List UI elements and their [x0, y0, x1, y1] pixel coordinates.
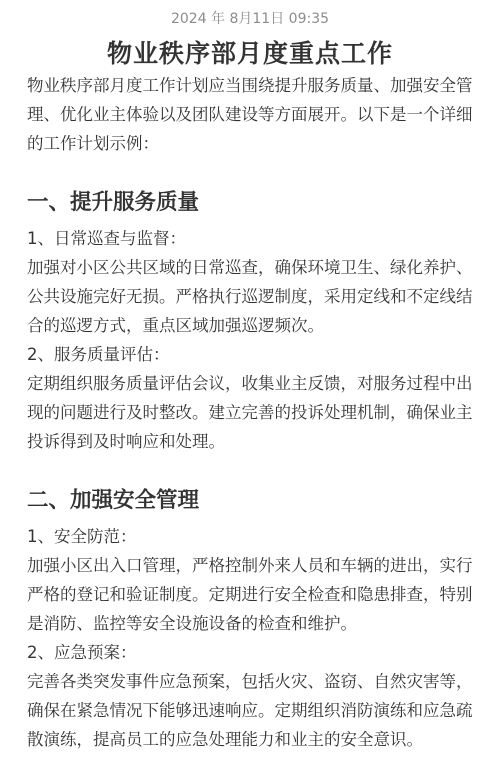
section-item: 1、安全防范： 加强小区出入口管理，严格控制外来人员和车辆的进出，实行严格的登记… [27, 522, 473, 638]
section-heading: 二、加强安全管理 [27, 486, 473, 516]
section-item: 2、服务质量评估： 定期组织服务质量评估会议，收集业主反馈，对服务过程中出现的问… [27, 340, 473, 456]
item-subheading: 2、服务质量评估： [27, 340, 473, 369]
item-subheading: 2、应急预案： [27, 638, 473, 667]
item-text: 完善各类突发事件应急预案，包括火灾、盗窃、自然灾害等，确保在紧急情况下能够迅速响… [27, 667, 473, 754]
item-text: 加强对小区公共区域的日常巡查，确保环境卫生、绿化养护、公共设施完好无损。严格执行… [27, 253, 473, 340]
item-text: 定期组织服务质量评估会议，收集业主反馈，对服务过程中出现的问题进行及时整改。建立… [27, 369, 473, 456]
section-safety-management: 二、加强安全管理 1、安全防范： 加强小区出入口管理，严格控制外来人员和车辆的进… [27, 486, 473, 754]
item-subheading: 1、日常巡查与监督： [27, 224, 473, 253]
publish-date: 2024 年 8月11日 09:35 [27, 0, 473, 29]
item-text: 加强小区出入口管理，严格控制外来人员和车辆的进出，实行严格的登记和验证制度。定期… [27, 551, 473, 638]
article: 2024 年 8月11日 09:35 物业秩序部月度重点工作 物业秩序部月度工作… [0, 0, 500, 754]
item-subheading: 1、安全防范： [27, 522, 473, 551]
section-item: 2、应急预案： 完善各类突发事件应急预案，包括火灾、盗窃、自然灾害等，确保在紧急… [27, 638, 473, 754]
article-title: 物业秩序部月度重点工作 [27, 37, 473, 71]
section-heading: 一、提升服务质量 [27, 188, 473, 218]
intro-paragraph: 物业秩序部月度工作计划应当围绕提升服务质量、加强安全管理、优化业主体验以及团队建… [27, 71, 473, 158]
section-item: 1、日常巡查与监督： 加强对小区公共区域的日常巡查，确保环境卫生、绿化养护、公共… [27, 224, 473, 340]
section-service-quality: 一、提升服务质量 1、日常巡查与监督： 加强对小区公共区域的日常巡查，确保环境卫… [27, 188, 473, 456]
